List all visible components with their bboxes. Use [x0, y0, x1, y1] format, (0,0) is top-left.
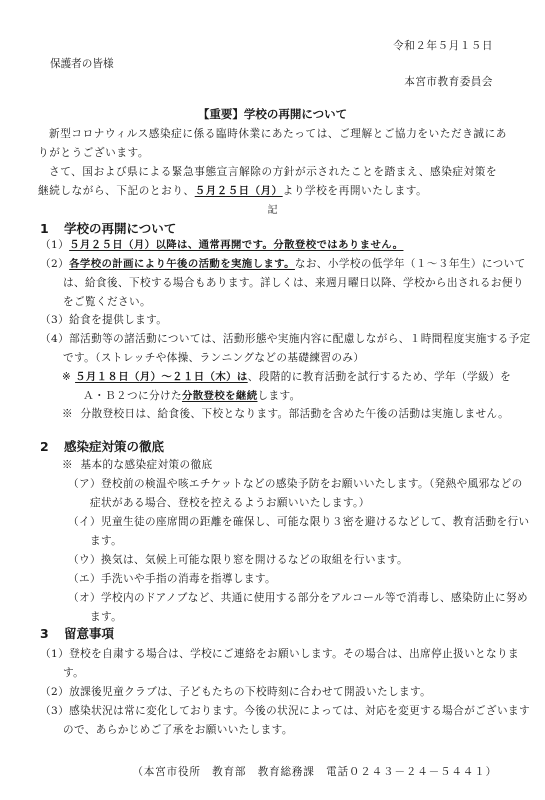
list-item: （3）給食を提供します。	[40, 311, 531, 330]
note-emphasis-2: 分散登校を継続	[182, 390, 258, 402]
list-item: （4）部活動等の諸活動については、活動形態や実施内容に配慮しながら、１時間程度実…	[40, 330, 531, 368]
section-title: 感染症対策の徹底	[64, 439, 164, 454]
ki-marker: 記	[0, 201, 545, 220]
list-item: （3）感染状況は常に変化しております。今後の状況によっては、対応を変更する場合が…	[40, 702, 531, 740]
item-emphasis: 各学校の計画により午後の活動を実施します。	[69, 258, 295, 270]
item-mark: （4）	[40, 333, 69, 345]
item-text: 児童生徒の座席間の距離を確保し、可能な限り３密を避けるなどして、教育活動を行いま…	[90, 516, 530, 547]
section-number: 2	[40, 437, 64, 456]
note-mark: ※	[62, 371, 71, 383]
section-title: 学校の再開について	[64, 221, 176, 236]
item-text: 給食を提供します。	[69, 314, 167, 326]
item-mark: （ウ）	[68, 554, 101, 566]
list-item: （1）５月２５日（月）以降は、通常再開です。分散登校ではありません。	[40, 236, 531, 255]
contact-info: （本宮市役所 教育部 教育総務課 電話０２４３－２４－５４４１）	[132, 763, 497, 782]
item-emphasis: ５月２５日（月）以降は、通常再開です。分散登校ではありません。	[69, 239, 403, 251]
section-2-heading: 2感染症対策の徹底	[40, 437, 164, 456]
list-item: （2）放課後児童クラブは、子どもたちの下校時刻に合わせて開設いたします。	[40, 683, 531, 702]
reopen-date: ５月２５日（月）	[195, 185, 283, 197]
intro-paragraph-2: さて、国および県による緊急事態宣言解除の方針が示されたことを踏まえ、感染症対策を…	[38, 163, 508, 201]
item-text: 部活動等の諸活動については、活動形態や実施内容に配慮しながら、１時間程度実施する…	[63, 333, 531, 364]
note-item: ※ 基本的な感染症対策の徹底	[62, 456, 212, 475]
section-number: 3	[40, 624, 64, 643]
document-title: 【重要】学校の再開について	[0, 105, 545, 124]
issuer-name: 本宮市教育委員会	[404, 73, 493, 92]
item-mark: （エ）	[68, 573, 101, 585]
item-text: 登校前の検温や咳エチケットなどの感染予防をお願いいたします。（発熱や風邪などの症…	[90, 478, 523, 509]
salutation: 保護者の皆様	[50, 55, 114, 74]
list-item: （イ）児童生徒の座席間の距離を確保し、可能な限り３密を避けるなどして、教育活動を…	[68, 513, 530, 551]
note-text: 分散登校日は、給食後、下校となります。部活動を含めた午後の活動は実施しません。	[81, 408, 510, 420]
item-mark: （ア）	[68, 478, 101, 490]
note-text: 基本的な感染症対策の徹底	[81, 459, 213, 471]
intro-text-after: より学校を再開いたします。	[283, 185, 428, 197]
item-mark: （2）	[40, 686, 69, 698]
item-mark: （3）	[40, 314, 69, 326]
note-mark: ※	[62, 459, 73, 471]
item-mark: （3）	[40, 705, 69, 717]
list-item: （2）各学校の計画により午後の活動を実施します。なお、小学校の低学年（１～３年生…	[40, 255, 531, 312]
list-item: （1）登校を自粛する場合は、学校にご連絡をお願いします。その場合は、出席停止扱い…	[40, 645, 531, 683]
list-item: （ア）登校前の検温や咳エチケットなどの感染予防をお願いいたします。（発熱や風邪な…	[68, 475, 530, 513]
item-text: 感染状況は常に変化しております。今後の状況によっては、対応を変更する場合がござい…	[63, 705, 530, 736]
item-mark: （1）	[40, 239, 69, 251]
item-text: 登校を自粛する場合は、学校にご連絡をお願いします。その場合は、出席停止扱いとなり…	[63, 648, 519, 679]
note-item: ※ ５月１８日（月）～２１日（木）は、段階的に教育活動を試行するため、学年（学級…	[62, 368, 529, 406]
note-emphasis: ５月１８日（月）～２１日（木）は	[75, 371, 248, 383]
note-mark: ※	[62, 408, 73, 420]
list-item: （オ）学校内のドアノブなど、共通に使用する部分をアルコール等で消毒し、感染防止に…	[68, 589, 530, 627]
item-mark: （1）	[40, 648, 69, 660]
item-text: 手洗いや手指の消毒を指導します。	[101, 573, 276, 585]
section-title: 留意事項	[64, 626, 114, 641]
item-text: 学校内のドアノブなど、共通に使用する部分をアルコール等で消毒し、感染防止に努めま…	[90, 592, 528, 623]
document-date: 令和２年５月１５日	[393, 37, 493, 56]
intro-paragraph-1: 新型コロナウィルス感染症に係る臨時休業にあたっては、ご理解とご協力をいただき誠に…	[38, 125, 508, 163]
item-mark: （イ）	[68, 516, 101, 528]
section-3-heading: 3留意事項	[40, 624, 114, 643]
list-item: （ウ）換気は、気候上可能な限り窓を開けるなどの取組を行います。	[68, 551, 530, 570]
item-mark: （オ）	[68, 592, 101, 604]
note-item: ※ 分散登校日は、給食後、下校となります。部活動を含めた午後の活動は実施しません…	[62, 405, 529, 424]
note-text-end: します。	[258, 390, 301, 402]
item-mark: （2）	[40, 258, 69, 270]
item-text: 換気は、気候上可能な限り窓を開けるなどの取組を行います。	[101, 554, 408, 566]
item-text: 放課後児童クラブは、子どもたちの下校時刻に合わせて開設いたします。	[69, 686, 431, 698]
list-item: （エ）手洗いや手指の消毒を指導します。	[68, 570, 530, 589]
